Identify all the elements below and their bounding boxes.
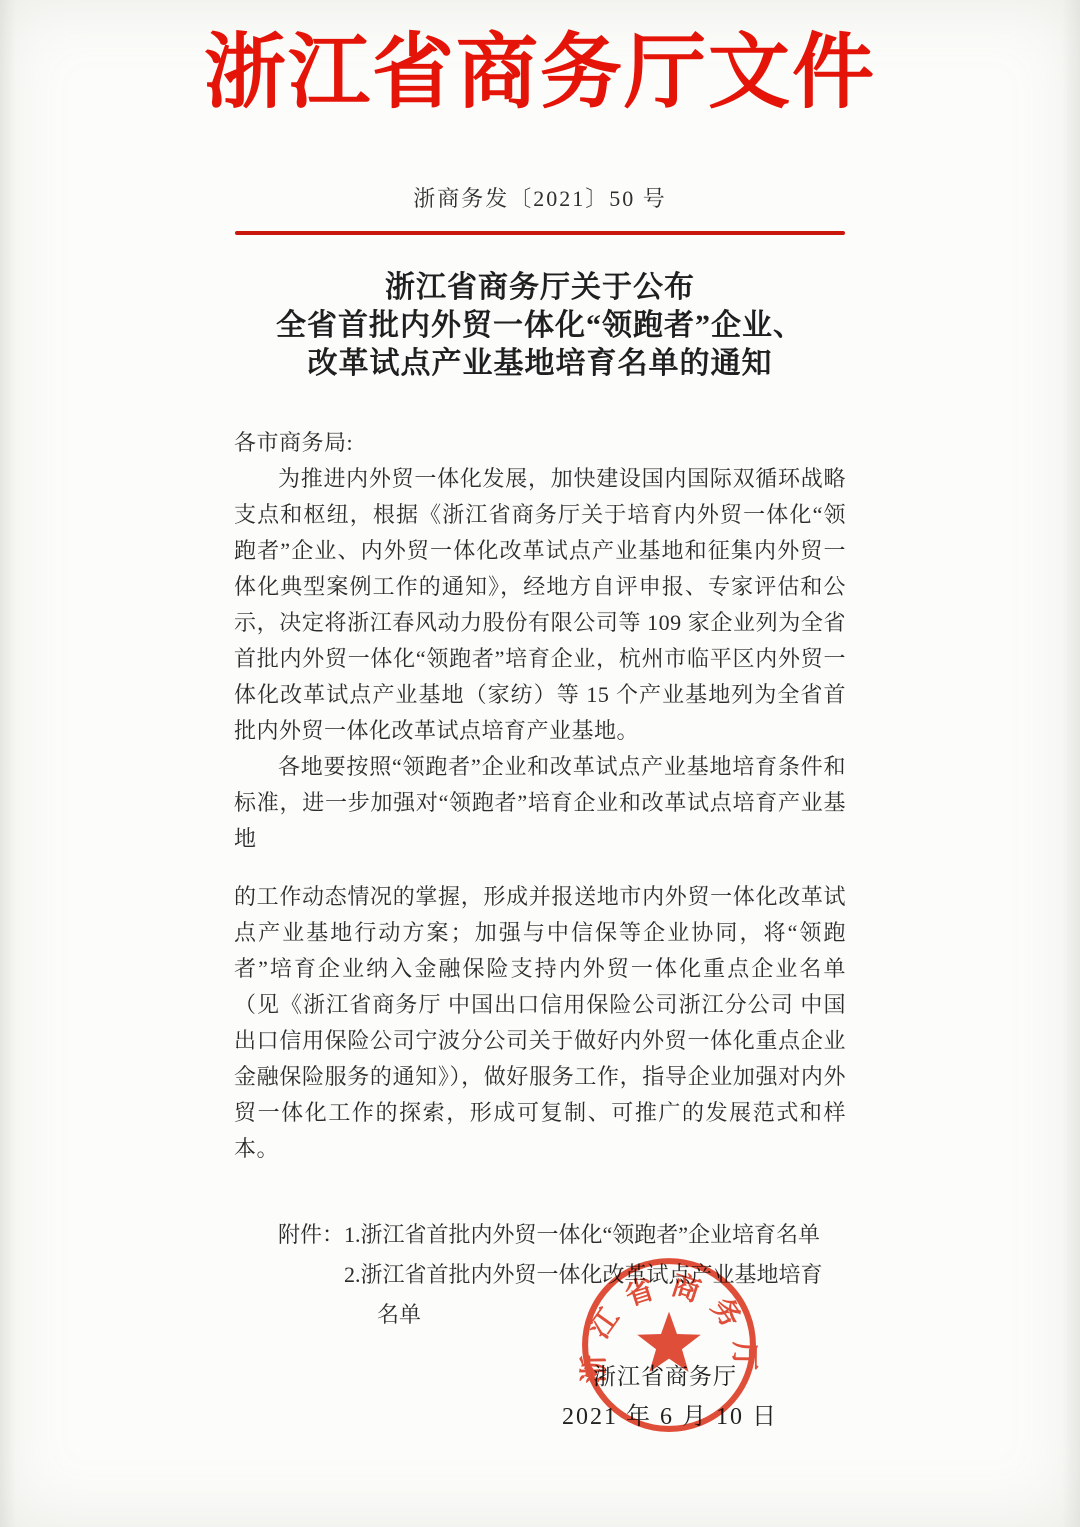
body-paragraph-2: 各地要按照“领跑者”企业和改革试点产业基地培育条件和标准，进一步加强对“领跑者”… <box>234 749 846 857</box>
body-paragraph-2-continued: 的工作动态情况的掌握，形成并报送地市内外贸一体化改革试点产业基地行动方案；加强与… <box>234 879 846 1167</box>
document-title-line-3: 改革试点产业基地培育名单的通知 <box>0 345 1080 383</box>
doc-number: 浙商务发〔2021〕50 号 <box>0 182 1080 213</box>
document-body: 各市商务局: 为推进内外贸一体化发展，加快建设国内国际双循环战略支点和枢纽，根据… <box>234 425 846 1167</box>
document-title: 浙江省商务厅关于公布 全省首批内外贸一体化“领跑者”企业、 改革试点产业基地培育… <box>0 269 1080 383</box>
document-page: 浙江省商务厅文件 浙商务发〔2021〕50 号 浙江省商务厅关于公布 全省首批内… <box>0 0 1080 1527</box>
letterhead-title: 浙江省商务厅文件 <box>0 30 1080 116</box>
attachments-label: 附件： <box>234 1215 344 1255</box>
document-title-line-1: 浙江省商务厅关于公布 <box>0 269 1080 307</box>
red-divider-line <box>235 231 845 235</box>
document-title-line-2: 全省首批内外贸一体化“领跑者”企业、 <box>0 307 1080 345</box>
attachment-item-2: 2.浙江省首批内外贸一体化改革试点产业基地培育名单 <box>344 1255 844 1335</box>
attachments-list: 1.浙江省首批内外贸一体化“领跑者”企业培育名单 2.浙江省首批内外贸一体化改革… <box>344 1215 844 1335</box>
attachment-item-1: 1.浙江省首批内外贸一体化“领跑者”企业培育名单 <box>344 1215 844 1255</box>
attachments-block: 附件： 1.浙江省首批内外贸一体化“领跑者”企业培育名单 2.浙江省首批内外贸一… <box>234 1215 846 1335</box>
signer-name: 浙江省商务厅 <box>500 1358 830 1391</box>
signature-date: 2021 年 6 月 10 日 <box>500 1396 840 1431</box>
body-paragraph-1: 为推进内外贸一体化发展，加快建设国内国际双循环战略支点和枢纽，根据《浙江省商务厅… <box>234 461 846 749</box>
salutation: 各市商务局: <box>234 425 846 461</box>
